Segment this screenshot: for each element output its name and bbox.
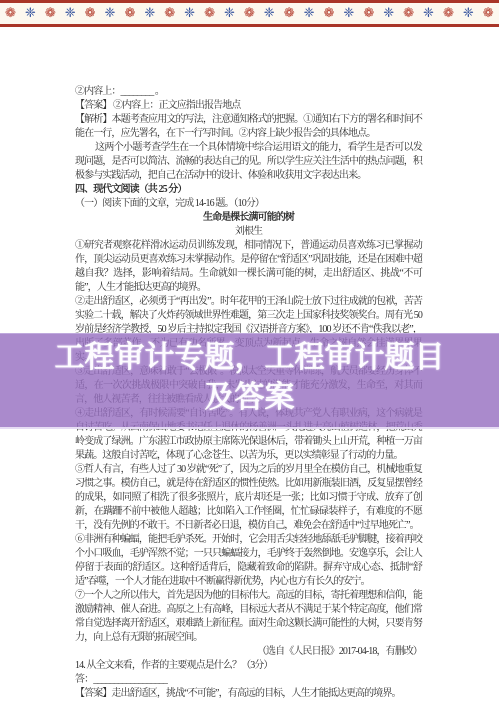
ornament-flower-icon: ❁ (244, 7, 255, 20)
watermark-title-line2: 及答案 (0, 378, 499, 418)
ornament-knot-icon: ❈ (383, 7, 394, 20)
text-paragraph: 【答案】走出舒适区，挑战“不可能”，有高远的目标，人生才能抵达更高的境界。 (75, 687, 422, 701)
text-paragraph: ⑤哲人有言，有些人过了 30 岁就“死”了，因为之后的岁月里全在模仿自己，机械地… (75, 463, 422, 533)
ornament-flower-icon: ❁ (204, 7, 215, 20)
text-paragraph: 生命是棵长满可能的树 (75, 211, 422, 225)
text-paragraph: 刘根生 (75, 225, 422, 239)
page-root: ❁❈❁❈❁❈❁❈❁❈❁❈❁❈❁❈❁❈❁❈❁❈❁❈❁ ②内容上：________ … (0, 0, 499, 706)
text-paragraph: 14. 从全文来看，作者的主要观点是什么？（3分） (75, 659, 422, 673)
ornament-flower-icon: ❁ (443, 7, 454, 20)
text-paragraph: 四、现代文阅读（共 25 分） (75, 183, 422, 197)
ornament-flower-icon: ❁ (324, 7, 335, 20)
ornament-flower-icon: ❁ (403, 7, 414, 20)
text-paragraph: ①研究者观察花样滑冰运动员训练发现，相同情况下，普通运动员喜欢练习已掌握动作，顶… (75, 239, 422, 295)
ornament-knot-icon: ❈ (65, 7, 76, 20)
text-paragraph: （选自《人民日报》2017-04-18，有删改） (75, 645, 422, 659)
ornament-knot-icon: ❈ (184, 7, 195, 20)
ornament-knot-icon: ❈ (264, 7, 275, 20)
ornament-knot-icon: ❈ (105, 7, 116, 20)
ornament-flower-icon: ❁ (363, 7, 374, 20)
ornament-knot-icon: ❈ (343, 7, 354, 20)
text-paragraph: ⑦一个人之所以伟大，首先是因为他的目标伟大。高远的目标，寄托着理想和信仰，能激励… (75, 589, 422, 645)
ornament-knot-icon: ❈ (463, 7, 474, 20)
ornament-flower-icon: ❁ (284, 7, 295, 20)
text-paragraph: （一）阅读下面的文章，完成 14-16 题。（10分） (75, 197, 422, 211)
decorative-border: ❁❈❁❈❁❈❁❈❁❈❁❈❁❈❁❈❁❈❁❈❁❈❁❈❁ (0, 0, 499, 27)
text-paragraph: 答：__________________ (75, 673, 422, 687)
watermark-overlay: 工程审计专题，工程审计题目 及答案 (0, 333, 499, 429)
text-paragraph: 【答案】 ②内容上：正文应指出报告地点 (75, 99, 422, 113)
ornament-knot-icon: ❈ (144, 7, 155, 20)
text-paragraph: ⑥非洲有种蝙蝠，能把毛驴杀死。开始时，它会用舌尖轻轻地舔舐毛驴脚腱，接着再咬个小… (75, 533, 422, 589)
text-paragraph: 【解析】本题考查应用文的写法，注意通知格式的把握。①通知右下方的署名和时间不能在… (75, 113, 422, 141)
ornament-knot-icon: ❈ (304, 7, 315, 20)
watermark-title-line1: 工程审计专题，工程审计题目 (0, 338, 499, 378)
ornament-flower-icon: ❁ (483, 7, 494, 20)
ornament-flower-icon: ❁ (45, 7, 56, 20)
ornament-flower-icon: ❁ (85, 7, 96, 20)
ornament-knot-icon: ❈ (224, 7, 235, 20)
ornament-knot-icon: ❈ (423, 7, 434, 20)
ornament-knot-icon: ❈ (25, 7, 36, 20)
ornament-flower-icon: ❁ (124, 7, 135, 20)
ornament-flower-icon: ❁ (164, 7, 175, 20)
ornament-flower-icon: ❁ (5, 7, 16, 20)
text-paragraph: 这两个小题考查学生在一个具体情境中综合运用语文的能力，看学生是否可以发现问题，是… (75, 141, 422, 183)
text-paragraph: ②内容上：________ 。 (75, 85, 422, 99)
